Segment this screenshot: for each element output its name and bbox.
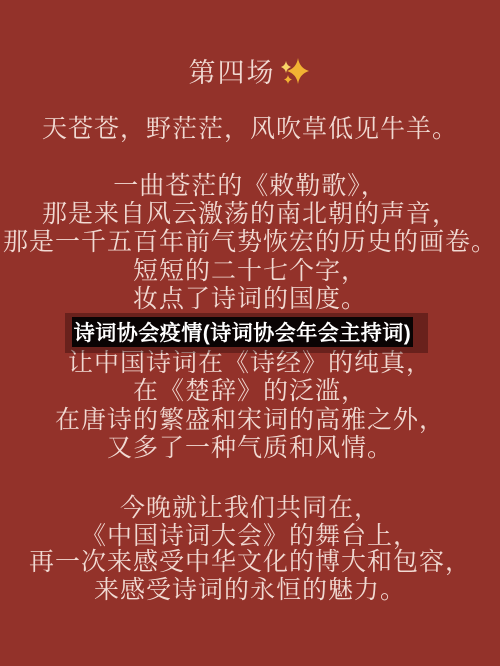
- scene-title: 第四场: [0, 58, 500, 88]
- stanza-closing-line: 来感受诗词的永恒的魅力。: [0, 576, 500, 604]
- stanza-closing-line: 今晚就让我们共同在，: [0, 494, 500, 522]
- stanza-intro-line: 妆点了诗词的国度。: [0, 285, 500, 313]
- stanza-heritage-line: 让中国诗词在《诗经》的纯真，: [0, 349, 500, 377]
- stanza-closing-line: 《中国诗词大会》的舞台上，: [0, 522, 500, 550]
- opening-line: 天苍苍，野茫茫，风吹草低见牛羊。: [0, 115, 500, 143]
- stanza-heritage-line: 在唐诗的繁盛和宋词的高雅之外，: [0, 406, 500, 434]
- stanza-heritage-line: 在《楚辞》的泛滥，: [0, 377, 500, 405]
- scene-title-text: 第四场: [189, 58, 276, 88]
- stanza-heritage-line: 又多了一种气质和风情。: [0, 434, 500, 462]
- stanza-intro-line: 那是一千五百年前气势恢宏的历史的画卷。: [0, 228, 500, 256]
- headline-banner: 诗词协会疫情(诗词协会年会主持词): [72, 317, 413, 347]
- headline-text: 诗词协会疫情(诗词协会年会主持词): [74, 317, 412, 347]
- stanza-intro-line: 短短的二十七个字，: [0, 257, 500, 285]
- sparkles-icon: [278, 56, 312, 86]
- stanza-intro-line: 那是来自风云激荡的南北朝的声音，: [0, 200, 500, 228]
- stanza-closing-line: 再一次来感受中华文化的博大和包容，: [0, 548, 500, 576]
- poster-background: 第四场 天苍苍，野茫茫，风吹草低见牛羊。 一曲苍茫的《敕勒歌》， 那是来自风云激…: [0, 0, 500, 666]
- stanza-intro-line: 一曲苍茫的《敕勒歌》，: [0, 172, 500, 200]
